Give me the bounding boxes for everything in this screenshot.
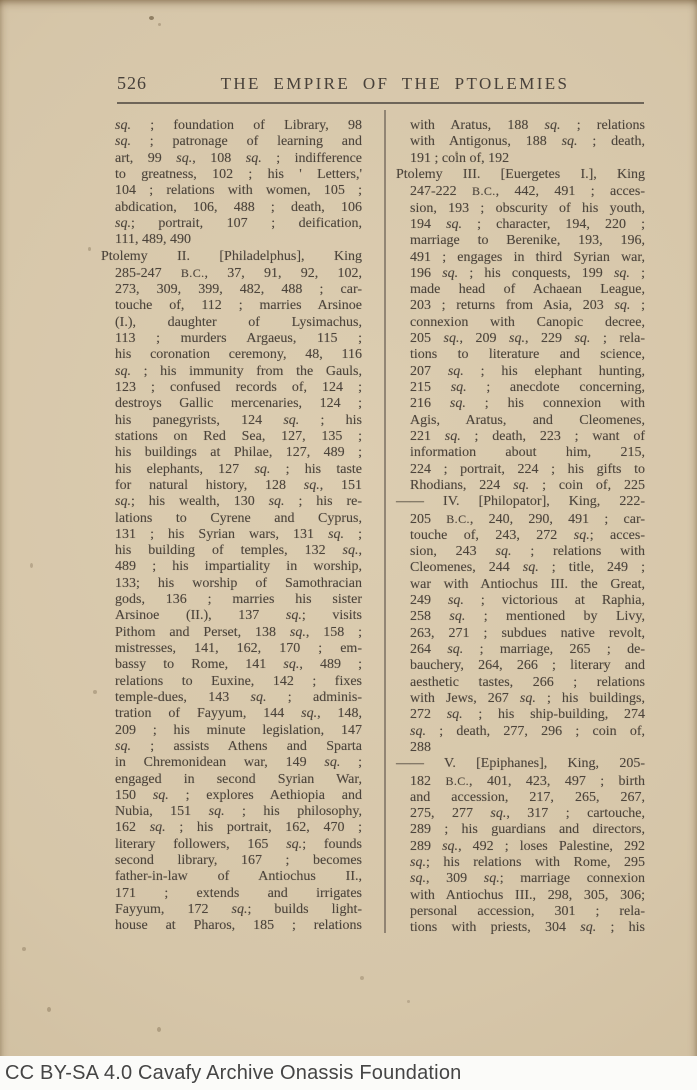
index-line: Agis, Aratus, and Cleomenes, bbox=[396, 413, 645, 429]
index-line: made head of Achaean League, bbox=[396, 282, 645, 298]
index-line: bauchery, 264, 266 ; literary and bbox=[396, 658, 645, 674]
scan-speck bbox=[455, 151, 458, 156]
index-line: 182 B.C., 401, 423, 497 ; birth bbox=[396, 773, 645, 790]
index-line: lations to Cyrene and Cyprus, bbox=[101, 511, 362, 527]
index-line: sq. ; assists Athens and Sparta bbox=[101, 739, 362, 755]
index-line: 275, 277 sq., 317 ; cartouche, bbox=[396, 806, 645, 822]
index-line: 111, 489, 490 bbox=[101, 232, 362, 248]
index-line: Cleomenes, 244 sq. ; title, 249 ; bbox=[396, 560, 645, 576]
scan-speck bbox=[360, 976, 364, 980]
index-line: with Jews, 267 sq. ; his buildings, bbox=[396, 691, 645, 707]
index-line: in Chremonidean war, 149 sq. ; bbox=[101, 755, 362, 771]
index-line: Rhodians, 224 sq. ; coin of, 225 bbox=[396, 478, 645, 494]
attribution-bar: CC BY-SA 4.0 Cavafy Archive Onassis Foun… bbox=[0, 1056, 697, 1090]
index-line: 215 sq. ; anecdote concerning, bbox=[396, 380, 645, 396]
index-line: 171 ; extends and irrigates bbox=[101, 886, 362, 902]
index-line: 224 ; portrait, 224 ; his gifts to bbox=[396, 462, 645, 478]
attribution-text: CC BY-SA 4.0 Cavafy Archive Onassis Foun… bbox=[0, 1062, 461, 1085]
index-line: Nubia, 151 sq. ; his philosophy, bbox=[101, 804, 362, 820]
scan-speck bbox=[407, 1000, 410, 1003]
index-line: 203 ; returns from Asia, 203 sq. ; bbox=[396, 298, 645, 314]
index-line: bassy to Rome, 141 sq., 489 ; bbox=[101, 657, 362, 673]
index-line: —— V. [Epiphanes], King, 205- bbox=[396, 756, 645, 772]
index-line: sq.; his wealth, 130 sq. ; his re- bbox=[101, 494, 362, 510]
index-line: 113 ; murders Argaeus, 115 ; bbox=[101, 331, 362, 347]
index-line: sq. ; his immunity from the Gauls, bbox=[101, 364, 362, 380]
index-line: touche of, 243, 272 sq.; acces- bbox=[396, 528, 645, 544]
index-line: sion, 193 ; obscurity of his youth, bbox=[396, 201, 645, 217]
scan-speck bbox=[157, 1027, 161, 1032]
page-title: THE EMPIRE OF THE PTOLEMIES bbox=[221, 74, 570, 94]
index-line: sq.; portrait, 107 ; deification, bbox=[101, 216, 362, 232]
index-line: sq.; his relations with Rome, 295 bbox=[396, 855, 645, 871]
index-line: for natural history, 128 sq., 151 bbox=[101, 478, 362, 494]
index-line: 247-222 B.C., 442, 491 ; acces- bbox=[396, 183, 645, 200]
index-line: 263, 271 ; subdues native revolt, bbox=[396, 626, 645, 642]
index-line: tration of Fayyum, 144 sq., 148, bbox=[101, 706, 362, 722]
column-divider bbox=[384, 110, 386, 933]
index-line: aesthetic tastes, 266 ; relations bbox=[396, 675, 645, 691]
index-line: 194 sq. ; character, 194, 220 ; bbox=[396, 217, 645, 233]
page-number: 526 bbox=[117, 73, 147, 94]
index-column-left: sq. ; foundation of Library, 98sq. ; pat… bbox=[101, 118, 362, 935]
scan-speck bbox=[22, 947, 26, 951]
index-line: and accession, 217, 265, 267, bbox=[396, 790, 645, 806]
index-line: tions with priests, 304 sq. ; his bbox=[396, 920, 645, 936]
index-line: 123 ; confused records of, 124 ; bbox=[101, 380, 362, 396]
index-line: —— IV. [Philopator], King, 222- bbox=[396, 494, 645, 510]
index-line: stations on Red Sea, 127, 135 ; bbox=[101, 429, 362, 445]
index-line: 288 bbox=[396, 740, 645, 756]
scan-speck bbox=[149, 16, 154, 20]
index-line: 209 ; his minute legislation, 147 bbox=[101, 723, 362, 739]
index-line: 273, 309, 399, 482, 488 ; car- bbox=[101, 282, 362, 298]
index-line: Ptolemy II. [Philadelphus], King bbox=[101, 249, 362, 265]
index-line: 264 sq. ; marriage, 265 ; de- bbox=[396, 642, 645, 658]
index-line: house at Pharos, 185 ; relations bbox=[101, 918, 362, 934]
index-line: touche of, 112 ; marries Arsinoe bbox=[101, 298, 362, 314]
header-rule bbox=[117, 102, 644, 104]
book-page-scan: 526 THE EMPIRE OF THE PTOLEMIES sq. ; fo… bbox=[0, 0, 697, 1090]
index-line: engaged in second Syrian War, bbox=[101, 772, 362, 788]
index-line: 196 sq. ; his conquests, 199 sq. ; bbox=[396, 266, 645, 282]
index-line: relations to Euxine, 142 ; fixes bbox=[101, 674, 362, 690]
index-line: 205 sq., 209 sq., 229 sq. ; rela- bbox=[396, 331, 645, 347]
index-line: 207 sq. ; his elephant hunting, bbox=[396, 364, 645, 380]
index-line: his building of temples, 132 sq., bbox=[101, 543, 362, 559]
index-line: with Aratus, 188 sq. ; relations bbox=[396, 118, 645, 134]
index-line: destroys Gallic mercenaries, 124 ; bbox=[101, 396, 362, 412]
index-line: gods, 136 ; marries his sister bbox=[101, 592, 362, 608]
index-line: 216 sq. ; his connexion with bbox=[396, 396, 645, 412]
index-line: 191 ; coin of, 192 bbox=[396, 151, 645, 167]
index-line: sq. ; death, 277, 296 ; coin of, bbox=[396, 724, 645, 740]
index-line: Arsinoe (II.), 137 sq.; visits bbox=[101, 608, 362, 624]
index-line: his coronation ceremony, 48, 116 bbox=[101, 347, 362, 363]
index-line: (I.), daughter of Lysimachus, bbox=[101, 315, 362, 331]
index-line: marriage to Berenike, 193, 196, bbox=[396, 233, 645, 249]
scan-speck bbox=[88, 247, 91, 251]
index-line: sq., 309 sq.; marriage connexion bbox=[396, 871, 645, 887]
index-line: 289 ; his guardians and directors, bbox=[396, 822, 645, 838]
index-line: personal accession, 301 ; rela- bbox=[396, 904, 645, 920]
index-line: art, 99 sq., 108 sq. ; indifference bbox=[101, 151, 362, 167]
index-line: 205 B.C., 240, 290, 491 ; car- bbox=[396, 511, 645, 528]
index-line: with Antiochus III., 298, 305, 306; bbox=[396, 888, 645, 904]
index-line: his panegyrists, 124 sq. ; his bbox=[101, 413, 362, 429]
index-line: Ptolemy III. [Euergetes I.], King bbox=[396, 167, 645, 183]
index-line: connexion with Canopic decree, bbox=[396, 315, 645, 331]
index-line: tions to literature and science, bbox=[396, 347, 645, 363]
index-line: 133; his worship of Samothracian bbox=[101, 576, 362, 592]
index-line: information about him, 215, bbox=[396, 445, 645, 461]
index-line: sq. ; foundation of Library, 98 bbox=[101, 118, 362, 134]
index-line: 221 sq. ; death, 223 ; want of bbox=[396, 429, 645, 445]
index-line: 289 sq., 492 ; loses Palestine, 292 bbox=[396, 839, 645, 855]
index-line: 162 sq. ; his portrait, 162, 470 ; bbox=[101, 820, 362, 836]
index-line: second library, 167 ; becomes bbox=[101, 853, 362, 869]
index-line: sion, 243 sq. ; relations with bbox=[396, 544, 645, 560]
scan-speck bbox=[47, 1007, 51, 1012]
scan-speck bbox=[158, 23, 161, 26]
index-line: 131 ; his Syrian wars, 131 sq. ; bbox=[101, 527, 362, 543]
index-line: 285-247 B.C., 37, 91, 92, 102, bbox=[101, 265, 362, 282]
index-line: Pithom and Perset, 138 sq., 158 ; bbox=[101, 625, 362, 641]
index-line: 104 ; relations with women, 105 ; bbox=[101, 183, 362, 199]
index-line: war with Antiochus III. the Great, bbox=[396, 577, 645, 593]
index-line: literary followers, 165 sq.; founds bbox=[101, 837, 362, 853]
index-column-right: with Aratus, 188 sq. ; relationswith Ant… bbox=[396, 118, 645, 937]
index-line: 258 sq. ; mentioned by Livy, bbox=[396, 609, 645, 625]
index-line: with Antigonus, 188 sq. ; death, bbox=[396, 134, 645, 150]
index-line: 489 ; his impartiality in worship, bbox=[101, 559, 362, 575]
scan-speck bbox=[93, 690, 97, 694]
scan-speck bbox=[30, 563, 33, 568]
index-line: 491 ; engages in third Syrian war, bbox=[396, 250, 645, 266]
index-line: Fayyum, 172 sq.; builds light- bbox=[101, 902, 362, 918]
index-line: to greatness, 102 ; his ' Letters,' bbox=[101, 167, 362, 183]
index-line: 249 sq. ; victorious at Raphia, bbox=[396, 593, 645, 609]
index-line: 150 sq. ; explores Aethiopia and bbox=[101, 788, 362, 804]
index-line: abdication, 106, 488 ; death, 106 bbox=[101, 200, 362, 216]
scan-speck bbox=[603, 663, 606, 666]
index-line: father-in-law of Antiochus II., bbox=[101, 869, 362, 885]
index-line: temple-dues, 143 sq. ; adminis- bbox=[101, 690, 362, 706]
index-line: his buildings at Philae, 127, 489 ; bbox=[101, 445, 362, 461]
index-line: his elephants, 127 sq. ; his taste bbox=[101, 462, 362, 478]
index-line: sq. ; patronage of learning and bbox=[101, 134, 362, 150]
index-line: mistresses, 141, 162, 170 ; em- bbox=[101, 641, 362, 657]
index-line: 272 sq. ; his ship-building, 274 bbox=[396, 707, 645, 723]
